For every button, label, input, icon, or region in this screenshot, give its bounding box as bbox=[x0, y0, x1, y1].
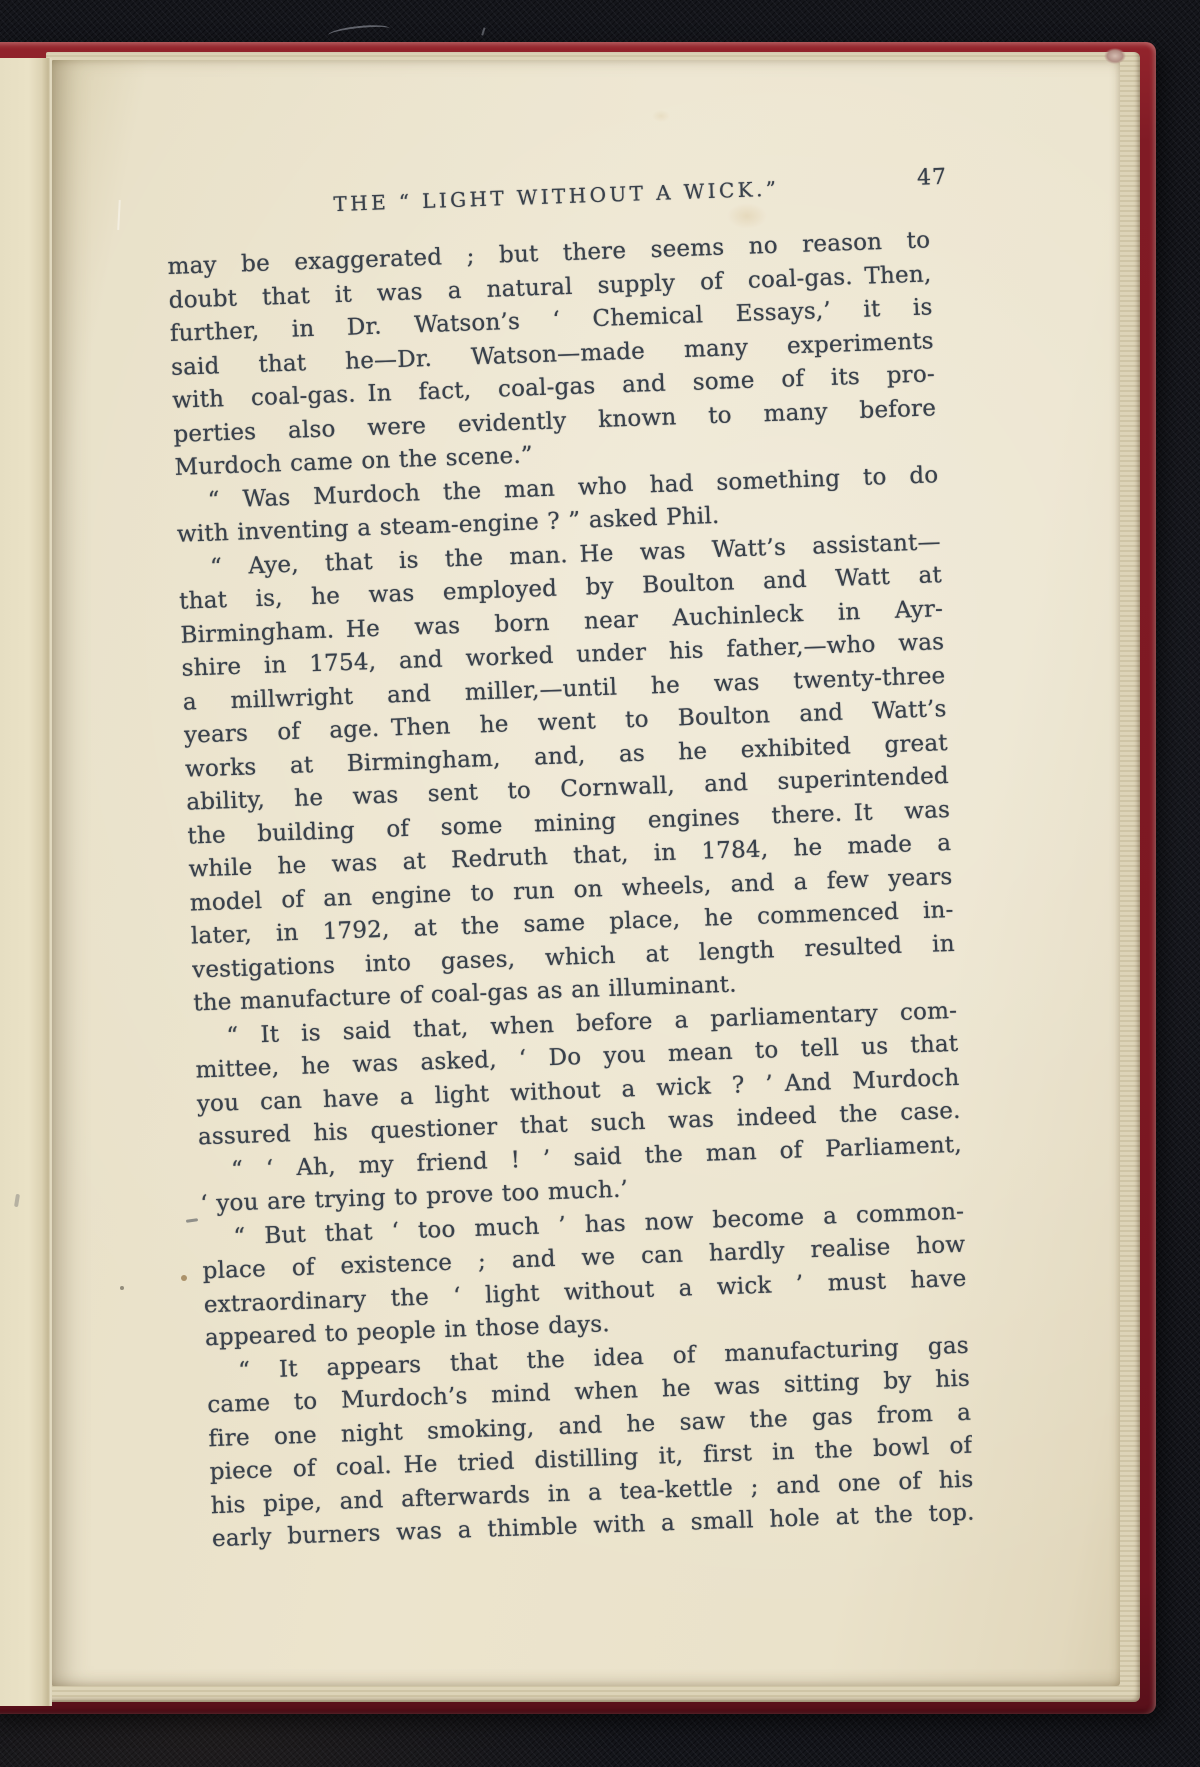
cover-corner-wear-spot bbox=[1104, 48, 1126, 64]
page-speck bbox=[120, 1286, 124, 1290]
page-stain bbox=[727, 203, 767, 229]
page-number: 47 bbox=[917, 165, 948, 191]
fabric-thread-mark bbox=[328, 23, 391, 41]
photo-background: THE “ LIGHT WITHOUT A WICK.” 47 may be e… bbox=[0, 0, 1200, 1767]
printed-text-block: THE “ LIGHT WITHOUT A WICK.” 47 may be e… bbox=[165, 165, 975, 1556]
body-text: may be exaggerated ; but there seems no … bbox=[167, 224, 975, 1556]
page-stain bbox=[652, 110, 670, 122]
left-page-sliver bbox=[0, 58, 52, 1706]
fabric-thread-mark bbox=[481, 27, 501, 40]
foxing-spot bbox=[181, 1275, 187, 1281]
